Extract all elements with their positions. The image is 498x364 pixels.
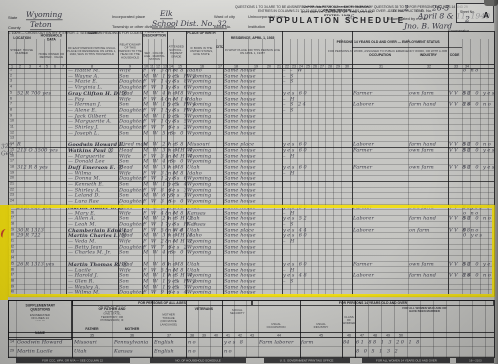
- footer-caption-text: U. S. GOVERNMENT PRINTING OFFICE: [280, 359, 334, 362]
- cell-rel: Son: [119, 132, 129, 135]
- cell-res: Same house: [224, 200, 256, 203]
- county-value: Teton: [30, 21, 52, 30]
- cell-n: 17: [10, 160, 14, 163]
- cell-bp: Wyoming: [187, 126, 211, 129]
- cell-ed: no 8: [168, 69, 185, 72]
- cell-rel: Son: [119, 103, 129, 106]
- footer-caption-text: FOR ALL WOMEN 14 YEARS OLD AND OVER: [376, 359, 437, 362]
- cell-ind: farm hand: [409, 143, 436, 146]
- scan-right-edge: [494, 0, 498, 364]
- cell-ind: own farm: [409, 149, 434, 152]
- supplement-cell-tongue: English: [154, 349, 174, 354]
- cell-nm: — Donald Lee: [68, 160, 105, 163]
- cell-nm: — Virginia L.: [68, 86, 103, 89]
- cell-bp: Wyoming: [187, 200, 211, 203]
- cell-emp: – – W: [283, 69, 304, 72]
- column-group-header: RELATIONRelationship of this person to t…: [118, 31, 142, 64]
- cell-nm: Duff Emerson E. Ⓧ: [68, 166, 122, 169]
- cell-n: 12: [10, 132, 14, 135]
- footer-caption-bar: NO. OF HOUSEHOLD SCHEDULE: [150, 358, 246, 363]
- supplement-grid: 3536373839404142434445464748495014Goodwi…: [0, 300, 498, 358]
- cell-emp: yes 60: [283, 166, 308, 169]
- supplement-cell-line: 14: [10, 339, 14, 344]
- cell-nm: — Herman J.: [68, 103, 101, 106]
- cell-res: Same house: [224, 114, 256, 117]
- cell-res: Same house: [224, 166, 256, 169]
- cell-nm: — Alene E.: [68, 109, 97, 112]
- cell-bp: Wyoming: [187, 160, 211, 163]
- cell-nm: — Wilma: [68, 171, 91, 174]
- cell-nm: — Marguerite A.: [68, 120, 112, 123]
- state-label: State: [8, 15, 17, 20]
- group-label: CITIZENSHIP: [216, 45, 223, 49]
- cell-rel: Wife: [119, 171, 131, 174]
- cell-bp: Wyoming: [187, 103, 211, 106]
- cell-h: 312 R 8 yes: [17, 166, 48, 169]
- cell-bp: Wyoming: [187, 109, 211, 112]
- cell-emp: yes 60: [283, 149, 308, 152]
- cell-n: 22: [10, 189, 14, 192]
- cell-bp: Idaho: [187, 69, 202, 72]
- cell-n: 5: [10, 92, 12, 95]
- cell-rel: Head: [119, 166, 133, 169]
- group-label: LOCATION: [8, 36, 36, 40]
- cell-rel: Daughter: [119, 120, 144, 123]
- cell-rel: Daughter: [119, 126, 144, 129]
- cell-rel: Daughter: [119, 86, 144, 89]
- cell-occ: Farmer: [353, 166, 372, 169]
- cell-res: Same house: [224, 97, 256, 100]
- cell-n: 11: [10, 126, 14, 129]
- sub-column-label: INDUSTRY: [419, 54, 436, 58]
- footer-caption-bars: FOR CCC, WPA, OR NYA — SEE COLUMN 22NO. …: [0, 358, 498, 364]
- cell-ed: yes 5: [168, 120, 188, 123]
- group-label: NAME: [66, 32, 118, 36]
- cell-res: Same house: [224, 80, 256, 83]
- cell-ed: yes 8: [168, 80, 188, 83]
- column-group-header: PLACE OF BIRTHIf born in the United Stat…: [186, 31, 216, 64]
- column-group-header: CITIZENSHIP: [216, 31, 223, 64]
- cell-emp: – H: [283, 97, 296, 100]
- supplement-row: 29Martin LucileUtahKansasEnglishnono8 0 …: [8, 347, 494, 357]
- cell-ed: no 8: [168, 92, 185, 95]
- cell-bp: Wyoming: [187, 80, 211, 83]
- cell-n: 10: [10, 120, 14, 123]
- cell-ed: yes 6: [168, 177, 188, 180]
- supplement-cell-vet: no: [188, 339, 197, 344]
- cell-nm: — Shirley J.: [68, 126, 99, 129]
- supplement-section: SUPPLEMENTARY QUESTIONS FOR PERSONS ENUM…: [0, 300, 498, 358]
- cell-res: Same house: [224, 86, 256, 89]
- cell-n: 23: [10, 194, 14, 197]
- cell-bp: Missouri: [187, 143, 210, 146]
- ward-label: Ward of city: [214, 14, 235, 19]
- cell-ed: yes 4: [168, 183, 188, 186]
- cell-n: 21: [10, 183, 14, 186]
- cell-rel: Son: [119, 160, 129, 163]
- cell-emp: yes 60: [283, 92, 308, 95]
- cell-rel: Wife: [119, 69, 131, 72]
- supplement-cell-vet: no: [188, 349, 197, 354]
- cell-bp: Idaho: [187, 171, 202, 174]
- sub-column-header: OCCUPATION: [352, 47, 408, 64]
- table-rule: [8, 64, 494, 65]
- cell-rel: Daughter: [119, 177, 144, 180]
- supplement-cell-mother: Kansas: [114, 349, 133, 354]
- highlight-left-strip: [0, 205, 8, 300]
- supplement-cell-occ: Farm laborer: [259, 339, 294, 344]
- cell-occ: Farmer: [353, 92, 372, 95]
- cell-n: 4: [10, 86, 12, 89]
- supplement-cell-father: Missouri: [74, 339, 97, 344]
- cell-n: 20: [10, 177, 14, 180]
- cell-nm: Watkins Paul Ⓧ: [68, 149, 113, 152]
- cell-rel: Daughter: [119, 109, 144, 112]
- cell-rel: Wife: [119, 97, 131, 100]
- incorporated-label: Incorporated place: [112, 14, 145, 19]
- group-subtext: Street, house number: [8, 48, 36, 54]
- cell-nm: — Mazie E.: [68, 80, 98, 83]
- cell-ed: no 0: [168, 132, 185, 135]
- cell-n: 2: [10, 75, 12, 78]
- cell-ind: own farm: [409, 166, 434, 169]
- cell-bp: Wyoming: [187, 114, 211, 117]
- cell-bp: Wyoming: [187, 194, 211, 197]
- cell-n: 6: [10, 97, 12, 100]
- cell-emp: – S: [283, 80, 295, 83]
- cell-res: Same house: [224, 160, 256, 163]
- cell-bp: Wyoming: [187, 154, 211, 157]
- cell-tail: 52 0 yes: [463, 166, 496, 169]
- cell-n: 7: [10, 103, 12, 106]
- cell-emp: yes 60: [283, 143, 308, 146]
- supplement-cell-name: Martin Lucile: [17, 349, 53, 354]
- cell-h: R: [17, 143, 21, 146]
- sub-column-label: CODE: [450, 54, 460, 58]
- cell-emp: – S: [283, 109, 295, 112]
- cell-emp: – H: [283, 171, 296, 174]
- footer-caption-bar: 16—2103: [456, 358, 494, 363]
- cell-n: 8: [10, 109, 12, 112]
- enumerator-signature: Jno. B. Ward: [404, 23, 452, 32]
- cell-n: 3: [10, 80, 12, 83]
- block-label: Block No.: [214, 24, 231, 29]
- footer-caption-bar: U. S. GOVERNMENT PRINTING OFFICE: [264, 358, 350, 363]
- cell-n: 1: [10, 69, 12, 72]
- cell-n: 9: [10, 115, 12, 118]
- cell-rel: Son: [119, 194, 129, 197]
- cell-res: Same house: [224, 171, 256, 174]
- supplement-cell-tail: 8 0 5 1 3 2: [356, 349, 399, 354]
- cell-ed: no 0: [168, 160, 185, 163]
- column-group-header: NAMEof each person whose usual place of …: [66, 31, 118, 64]
- cell-nm: — Donna M.: [68, 177, 100, 180]
- cell-nm: — Leland D.: [68, 194, 100, 197]
- cell-ed: yes 7: [168, 114, 188, 117]
- pencil-note-26: 26: [346, 14, 355, 22]
- census-sheet-scan: QUESTIONS 1 TO 34 ARE TO BE ANSWERED FOR…: [0, 0, 498, 364]
- incorporated-value: Elk: [160, 10, 173, 19]
- cell-nm: — Kenneth E.: [68, 183, 104, 186]
- cell-ed: yes 1: [168, 194, 188, 197]
- cell-bp: Wyoming: [187, 120, 211, 123]
- cell-emp: – H: [283, 154, 296, 157]
- cell-bp: Wyoming: [187, 183, 211, 186]
- supplement-row: 14Goodwin HowardMissouriPennsylvaniaEngl…: [8, 338, 494, 348]
- column-group-header: HOUSEHOLD DATAHome owned or rented · Val…: [36, 31, 66, 64]
- cell-res: Same house: [224, 183, 256, 186]
- cell-n: 24: [10, 200, 14, 203]
- cell-nm: — Fay: [68, 97, 84, 100]
- group-subtext: If born in the United States, give State: [186, 47, 216, 57]
- cell-res: Same house: [224, 132, 256, 135]
- cell-tail: 26 0 no: [463, 103, 492, 106]
- cell-bp: Wyoming: [187, 86, 211, 89]
- sheet-number-value: 2: [465, 16, 470, 25]
- group-subtext: Attended school · Highest grade: [167, 45, 186, 58]
- cell-rel: Daughter: [119, 200, 144, 203]
- supplement-cell-name: Goodwin Howard: [17, 339, 63, 344]
- cell-h: 213 O 3500 yes: [17, 149, 58, 152]
- cell-bp: Utah: [187, 166, 200, 169]
- cell-rel: Son: [119, 183, 129, 186]
- cell-res: Same house: [224, 109, 256, 112]
- cell-n: 18: [10, 166, 14, 169]
- sheet-letter: A: [483, 11, 489, 20]
- cell-bp: Wyoming: [187, 149, 211, 152]
- cell-bp: Wyoming: [187, 92, 211, 95]
- cell-res: Same house: [224, 69, 256, 72]
- cell-rel: Son: [119, 114, 129, 117]
- supplement-cell-code: 84: [343, 339, 350, 344]
- group-label: HOUSEHOLD DATA: [36, 35, 66, 43]
- cell-ed: yes 2: [168, 126, 188, 129]
- cell-ed: no 8: [168, 166, 185, 169]
- top-header: QUESTIONS 1 TO 34 ARE TO BE ANSWERED FOR…: [0, 0, 498, 31]
- cell-bp: Idaho: [187, 97, 202, 100]
- cell-n: 13: [10, 137, 14, 140]
- group-subtext: Home owned or rented · Value: [36, 53, 66, 59]
- supplement-rule: [8, 332, 494, 333]
- cell-rel: Head: [119, 149, 133, 152]
- cell-ed: no 8: [168, 171, 185, 174]
- cell-nm: — Joseph L.: [68, 132, 99, 135]
- footer-caption-bar: FOR ALL WOMEN 14 YEARS OLD AND OVER: [362, 358, 450, 363]
- cell-nm: — Marguerite: [68, 154, 105, 157]
- cell-res: Same house: [224, 120, 256, 123]
- group-label: RESIDENCE, APRIL 1, 1935: [223, 36, 281, 40]
- sub-column-header: CODE: [448, 47, 462, 64]
- sd-label: S. D. No.: [388, 8, 404, 13]
- cell-tail: o no: [463, 69, 480, 72]
- cell-bp: Wyoming: [187, 132, 211, 135]
- cell-n: 19: [10, 172, 14, 175]
- state-value: Wyoming: [26, 11, 62, 20]
- cell-res: Same house: [224, 194, 256, 197]
- cell-occ: Laborer: [353, 103, 374, 106]
- cell-nm: — Hattie M.: [68, 69, 100, 72]
- cell-res: Same house: [224, 154, 256, 157]
- cell-nm: — Jack Gilbert: [68, 114, 106, 117]
- footer-caption-text: FOR CCC, WPA, OR NYA — SEE COLUMN 22: [43, 359, 104, 362]
- pencil-note-geo: Geo: [1, 149, 13, 157]
- highlight-box: [8, 205, 495, 297]
- cell-ind: own farm: [409, 92, 434, 95]
- cell-emp: – S 24: [283, 103, 307, 106]
- supplement-rule: [8, 300, 494, 301]
- sub-column-label: OCCUPATION: [368, 54, 392, 58]
- footer-caption-text: NO. OF HOUSEHOLD SCHEDULE: [175, 359, 220, 362]
- supplement-cell-tongue: English: [154, 339, 174, 344]
- cell-ed: no 8: [168, 143, 185, 146]
- cell-res: Same house: [224, 149, 256, 152]
- cell-rel: Wife: [119, 154, 131, 157]
- supplement-cell-ss: no: [224, 349, 233, 354]
- group-label: PERSONAL DESCRIPTION: [142, 31, 167, 38]
- supplement-cell-line: 29: [10, 349, 14, 354]
- cell-res: Same place: [224, 143, 254, 146]
- cell-res: Same house: [224, 177, 256, 180]
- supplement-cell-tail: 61 88 1 3 20 1 8: [356, 339, 421, 344]
- sub-column-header: INDUSTRY: [408, 47, 448, 64]
- cell-res: Same house: [224, 126, 256, 129]
- supplement-cell-ss: yes 8: [224, 339, 244, 344]
- footer-caption-text: 16—2103: [469, 359, 481, 362]
- footer-caption-bar: FOR CCC, WPA, OR NYA — SEE COLUMN 22: [16, 358, 130, 363]
- cell-tail: 52 0 yes: [463, 92, 496, 95]
- column-group-header: EDUCATIONAttended school · Highest grade: [167, 31, 186, 64]
- cell-occ: Farmer: [353, 149, 372, 152]
- cell-tail: 52 0 yes: [463, 149, 496, 152]
- sheet-number-box: Sheet No. 2 A: [456, 3, 494, 23]
- cell-rel: Head: [119, 92, 133, 95]
- cell-nm: Gray Clifton H. D. Ⓧ: [68, 92, 127, 95]
- supplement-cell-mother: Pennsylvania: [114, 339, 148, 344]
- cell-ind: farm hand: [409, 103, 436, 106]
- supplement-cell-father: Utah: [74, 349, 87, 354]
- cell-occ: Laborer: [353, 143, 374, 146]
- group-label: PLACE OF BIRTH: [186, 32, 216, 36]
- cell-h: 52 R 700 yes: [17, 92, 51, 95]
- column-group-header: LOCATIONStreet, house number: [8, 31, 36, 64]
- cell-res: Same house: [224, 103, 256, 106]
- group-subtext: of each person whose usual place of resi…: [66, 47, 118, 57]
- cell-nm: — Lura Rae: [68, 200, 99, 203]
- cell-ed: no 0: [168, 200, 185, 203]
- cell-rel: Daughter: [119, 80, 144, 83]
- sd-value: 2: [404, 5, 409, 14]
- cell-tail: 52 0 no: [463, 143, 492, 146]
- cell-bp: Wyoming: [187, 177, 211, 180]
- supplement-cell-ind: farm: [301, 339, 313, 344]
- cell-nm: Goodwin Howard E.: [68, 143, 125, 146]
- cell-ed: yes 6: [168, 86, 188, 89]
- group-subtext: Relationship of this person to the head …: [118, 44, 142, 60]
- cell-res: Same house: [224, 92, 256, 95]
- county-label: County: [8, 25, 21, 30]
